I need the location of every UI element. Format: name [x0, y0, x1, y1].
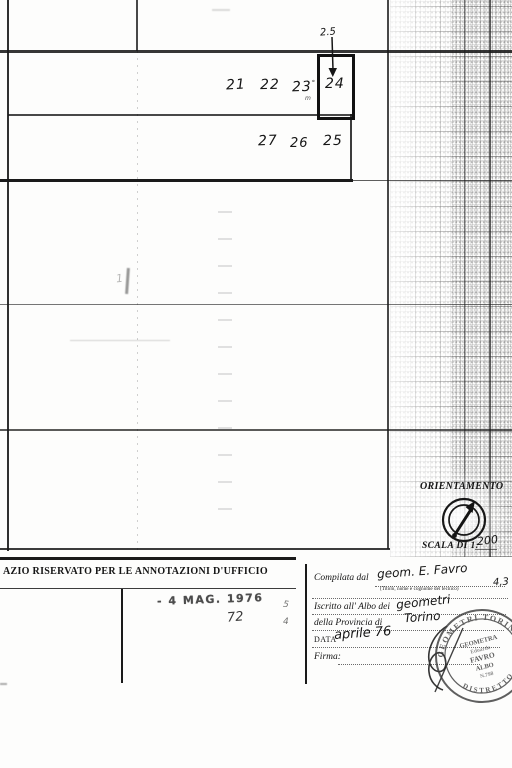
compiled-by-value: geom. E. Favro [377, 561, 468, 581]
parcel-label-24: 24 [325, 76, 345, 92]
plan-hline-row2 [0, 179, 353, 182]
compiler-panel-left-border [305, 564, 307, 684]
parcel-23-sup: ° [312, 79, 317, 87]
parcel-23-number: 23 [292, 79, 312, 96]
scale-value: 200 [476, 533, 498, 548]
scale-value-underline [475, 549, 497, 550]
office-title-rule [0, 588, 296, 589]
parcel-label-26: 26 [290, 136, 309, 151]
scan-smudge-mark [125, 268, 130, 294]
plan-hline-row1 [8, 114, 352, 116]
plan-vline-box-right [350, 114, 352, 180]
stamp-line-5: N.798 [480, 671, 495, 680]
office-panel-title: AZIO RISERVATO PER LE ANNOTAZIONI D'UFFI… [3, 566, 268, 577]
plan-vline-137-top [136, 0, 138, 51]
plan-hline-top [0, 50, 512, 53]
plan-hline-mid1 [0, 304, 512, 305]
office-panel-top-border [0, 557, 296, 560]
parcel-label-27: 27 [258, 133, 278, 150]
faint-parcel-mark: 1 [115, 272, 123, 286]
date-value: aprile 76 [334, 624, 392, 643]
stray-mark-1: 5 [282, 600, 289, 611]
parcel-label-22: 22 [260, 77, 280, 93]
scan-smudge-column [218, 198, 232, 510]
office-date-stamp: - 4 MAG. 1976 [157, 591, 264, 608]
scan-faint-dash [212, 9, 230, 11]
protocol-number: 72 [226, 609, 244, 625]
scale-label: SCALA DI 1: [422, 541, 479, 551]
office-panel-divider [121, 589, 123, 683]
parcel-label-25: 25 [323, 133, 343, 149]
plan-vline-left-margin [7, 0, 9, 551]
signature-label: Firma: [314, 652, 341, 662]
plan-hline-mid2 [0, 429, 512, 431]
plan-vline-388 [387, 0, 389, 549]
parcel-label-21: 21 [226, 76, 247, 93]
plan-hline-bottom [0, 548, 390, 550]
albo-label: Iscritto all' Albo dei [314, 602, 390, 612]
plan-vline-137-dotted [137, 51, 138, 550]
scan-faint-line [70, 340, 170, 341]
orientation-title: ORIENTAMENTO [420, 481, 503, 492]
compiled-by-label: Compilata dal [314, 573, 369, 583]
parcel-label-23: 23° [292, 79, 317, 96]
parcel-23-sub: m [305, 95, 311, 102]
dimension-arrow-icon [324, 37, 340, 79]
scan-edge-dash [0, 683, 7, 685]
margin-note: 4,3 [493, 577, 509, 589]
compiled-by-caption: (Titolo, nome e cognome del tecnico) [380, 587, 459, 592]
stray-mark-2: 4 [283, 617, 289, 627]
